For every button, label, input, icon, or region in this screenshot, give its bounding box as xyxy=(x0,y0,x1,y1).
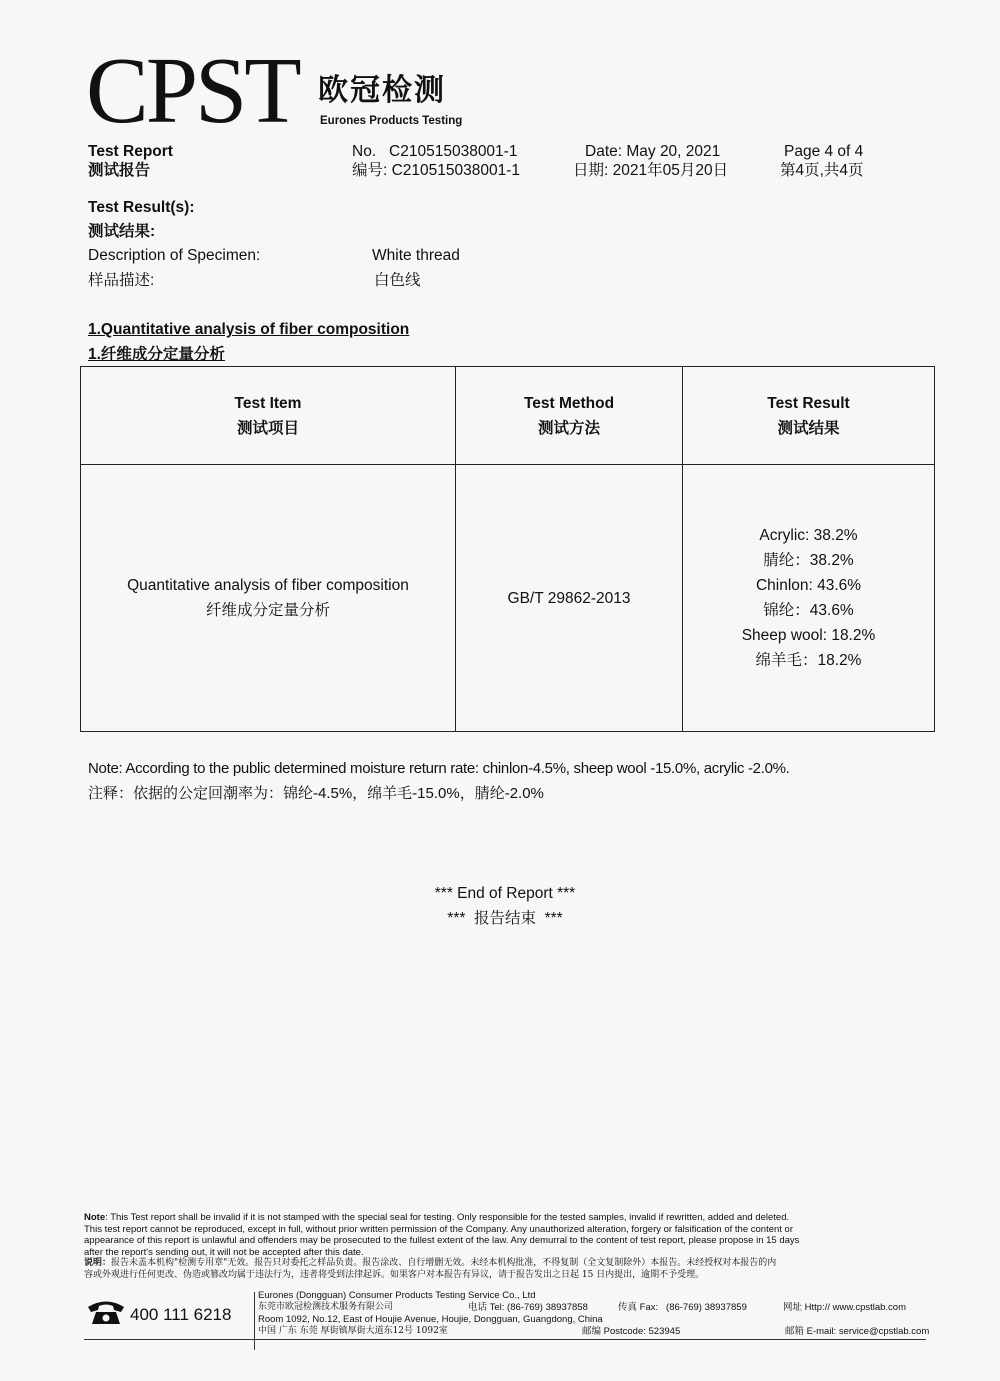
footer-divider-vertical xyxy=(254,1292,255,1350)
company-fax: 传真 Fax: (86-769) 38937859 xyxy=(618,1302,747,1314)
result-line: 绵羊毛：18.2% xyxy=(684,648,933,673)
logo-cpst: CPST xyxy=(86,44,299,138)
result-line: Acrylic: 38.2% xyxy=(684,523,933,548)
table-row: Quantitative analysis of fiber compositi… xyxy=(81,465,935,732)
specimen-label-cn: 样品描述: xyxy=(88,271,154,291)
company-website[interactable]: 网址 Http:// www.cpstlab.com xyxy=(783,1302,906,1314)
test-item-cn: 纤维成分定量分析 xyxy=(82,598,454,623)
header-test-item-cn: 测试项目 xyxy=(82,416,454,441)
company-name-cn: 东莞市欧冠检测技术服务有限公司 xyxy=(258,1302,393,1314)
table-header-row: Test Item 测试项目 Test Method 测试方法 Test Res… xyxy=(81,367,935,465)
report-number-en: No. C210515038001-1 xyxy=(352,142,517,162)
report-number-cn: 编号: C210515038001-1 xyxy=(352,161,520,181)
company-postcode: 邮编 Postcode: 523945 xyxy=(582,1326,680,1338)
moisture-note-en: Note: According to the public determined… xyxy=(88,759,790,779)
footer-note-line: appearance of this report is unlawful an… xyxy=(84,1235,944,1247)
results-table: Test Item 测试项目 Test Method 测试方法 Test Res… xyxy=(80,366,935,732)
cell-test-item: Quantitative analysis of fiber compositi… xyxy=(81,465,456,732)
footer-note-line: after the report's sending out, it will … xyxy=(84,1247,944,1259)
result-line: Sheep wool: 18.2% xyxy=(684,623,933,648)
result-line: Chinlon: 43.6% xyxy=(684,573,933,598)
test-method: GB/T 29862-2013 xyxy=(457,586,681,611)
end-of-report-en: *** End of Report *** xyxy=(0,884,1000,904)
header-test-result-en: Test Result xyxy=(684,391,933,416)
company-address-cn: 中国 广东 东莞 厚街镇厚街大道东12号 1092室 xyxy=(258,1326,448,1338)
company-tel: 电话 Tel: (86-769) 38937858 xyxy=(468,1302,588,1314)
footer-divider-horizontal xyxy=(84,1339,926,1340)
logo-english-name: Eurones Products Testing xyxy=(320,114,462,128)
page-number-cn: 第4页,共4页 xyxy=(780,161,864,181)
footer-cn-line: 报告未盖本机构"检测专用章"无效。报告只对委托之样品负责。报告涂改、自行增删无效… xyxy=(111,1258,776,1268)
header-test-method: Test Method 测试方法 xyxy=(456,367,683,465)
header-test-item-en: Test Item xyxy=(82,391,454,416)
header-test-result: Test Result 测试结果 xyxy=(683,367,935,465)
company-email[interactable]: 邮箱 E-mail: service@cpstlab.com xyxy=(785,1326,929,1338)
report-title-cn: 测试报告 xyxy=(88,161,150,181)
header-test-item: Test Item 测试项目 xyxy=(81,367,456,465)
specimen-value-cn: 白色线 xyxy=(374,271,421,291)
results-heading-en: Test Result(s): xyxy=(88,198,195,218)
moisture-note-cn: 注释：依据的公定回潮率为：锦纶-4.5%，绵羊毛-15.0%，腈纶-2.0% xyxy=(88,784,544,804)
header-test-result-cn: 测试结果 xyxy=(684,416,933,441)
report-title-en: Test Report xyxy=(88,142,173,162)
test-item-en: Quantitative analysis of fiber compositi… xyxy=(82,573,454,598)
company-address-en: Room 1092, No.12, East of Houjie Avenue,… xyxy=(258,1314,603,1326)
page-number-en: Page 4 of 4 xyxy=(784,142,863,162)
cell-test-method: GB/T 29862-2013 xyxy=(456,465,683,732)
section-title-cn: 1.纤维成分定量分析 xyxy=(88,345,225,365)
report-date-en: Date: May 20, 2021 xyxy=(585,142,720,162)
footer-note-line: : This Test report shall be invalid if i… xyxy=(105,1212,789,1223)
results-heading-cn: 测试结果: xyxy=(88,222,155,242)
cell-test-result: Acrylic: 38.2% 腈纶：38.2% Chinlon: 43.6% 锦… xyxy=(683,465,935,732)
company-name-en: Eurones (Dongguan) Consumer Products Tes… xyxy=(258,1290,536,1302)
footer-cn-line: 容或外观进行任何更改、伪造或篡改均属于违法行为，违者将受到法律起诉。如果客户对本… xyxy=(84,1270,944,1282)
result-line: 锦纶：43.6% xyxy=(684,598,933,623)
specimen-label-en: Description of Specimen: xyxy=(88,246,260,266)
header-test-method-en: Test Method xyxy=(457,391,681,416)
logo-chinese-name: 欧冠检测 xyxy=(318,74,446,108)
footer-cn-label: 说明： xyxy=(84,1258,111,1268)
footer-note-line: This test report cannot be reproduced, e… xyxy=(84,1224,944,1236)
header-test-method-cn: 测试方法 xyxy=(457,416,681,441)
footer-note-label: Note xyxy=(84,1212,105,1223)
phone-number: 400 111 6218 xyxy=(130,1305,231,1325)
specimen-value-en: White thread xyxy=(372,246,460,266)
section-title-en: 1.Quantitative analysis of fiber composi… xyxy=(88,320,409,340)
result-line: 腈纶：38.2% xyxy=(684,548,933,573)
report-date-cn: 日期: 2021年05月20日 xyxy=(573,161,728,181)
telephone-icon xyxy=(86,1298,126,1331)
footer-disclaimer: Note: This Test report shall be invalid … xyxy=(84,1212,944,1282)
end-of-report-cn: *** 报告结束 *** xyxy=(0,909,1000,929)
